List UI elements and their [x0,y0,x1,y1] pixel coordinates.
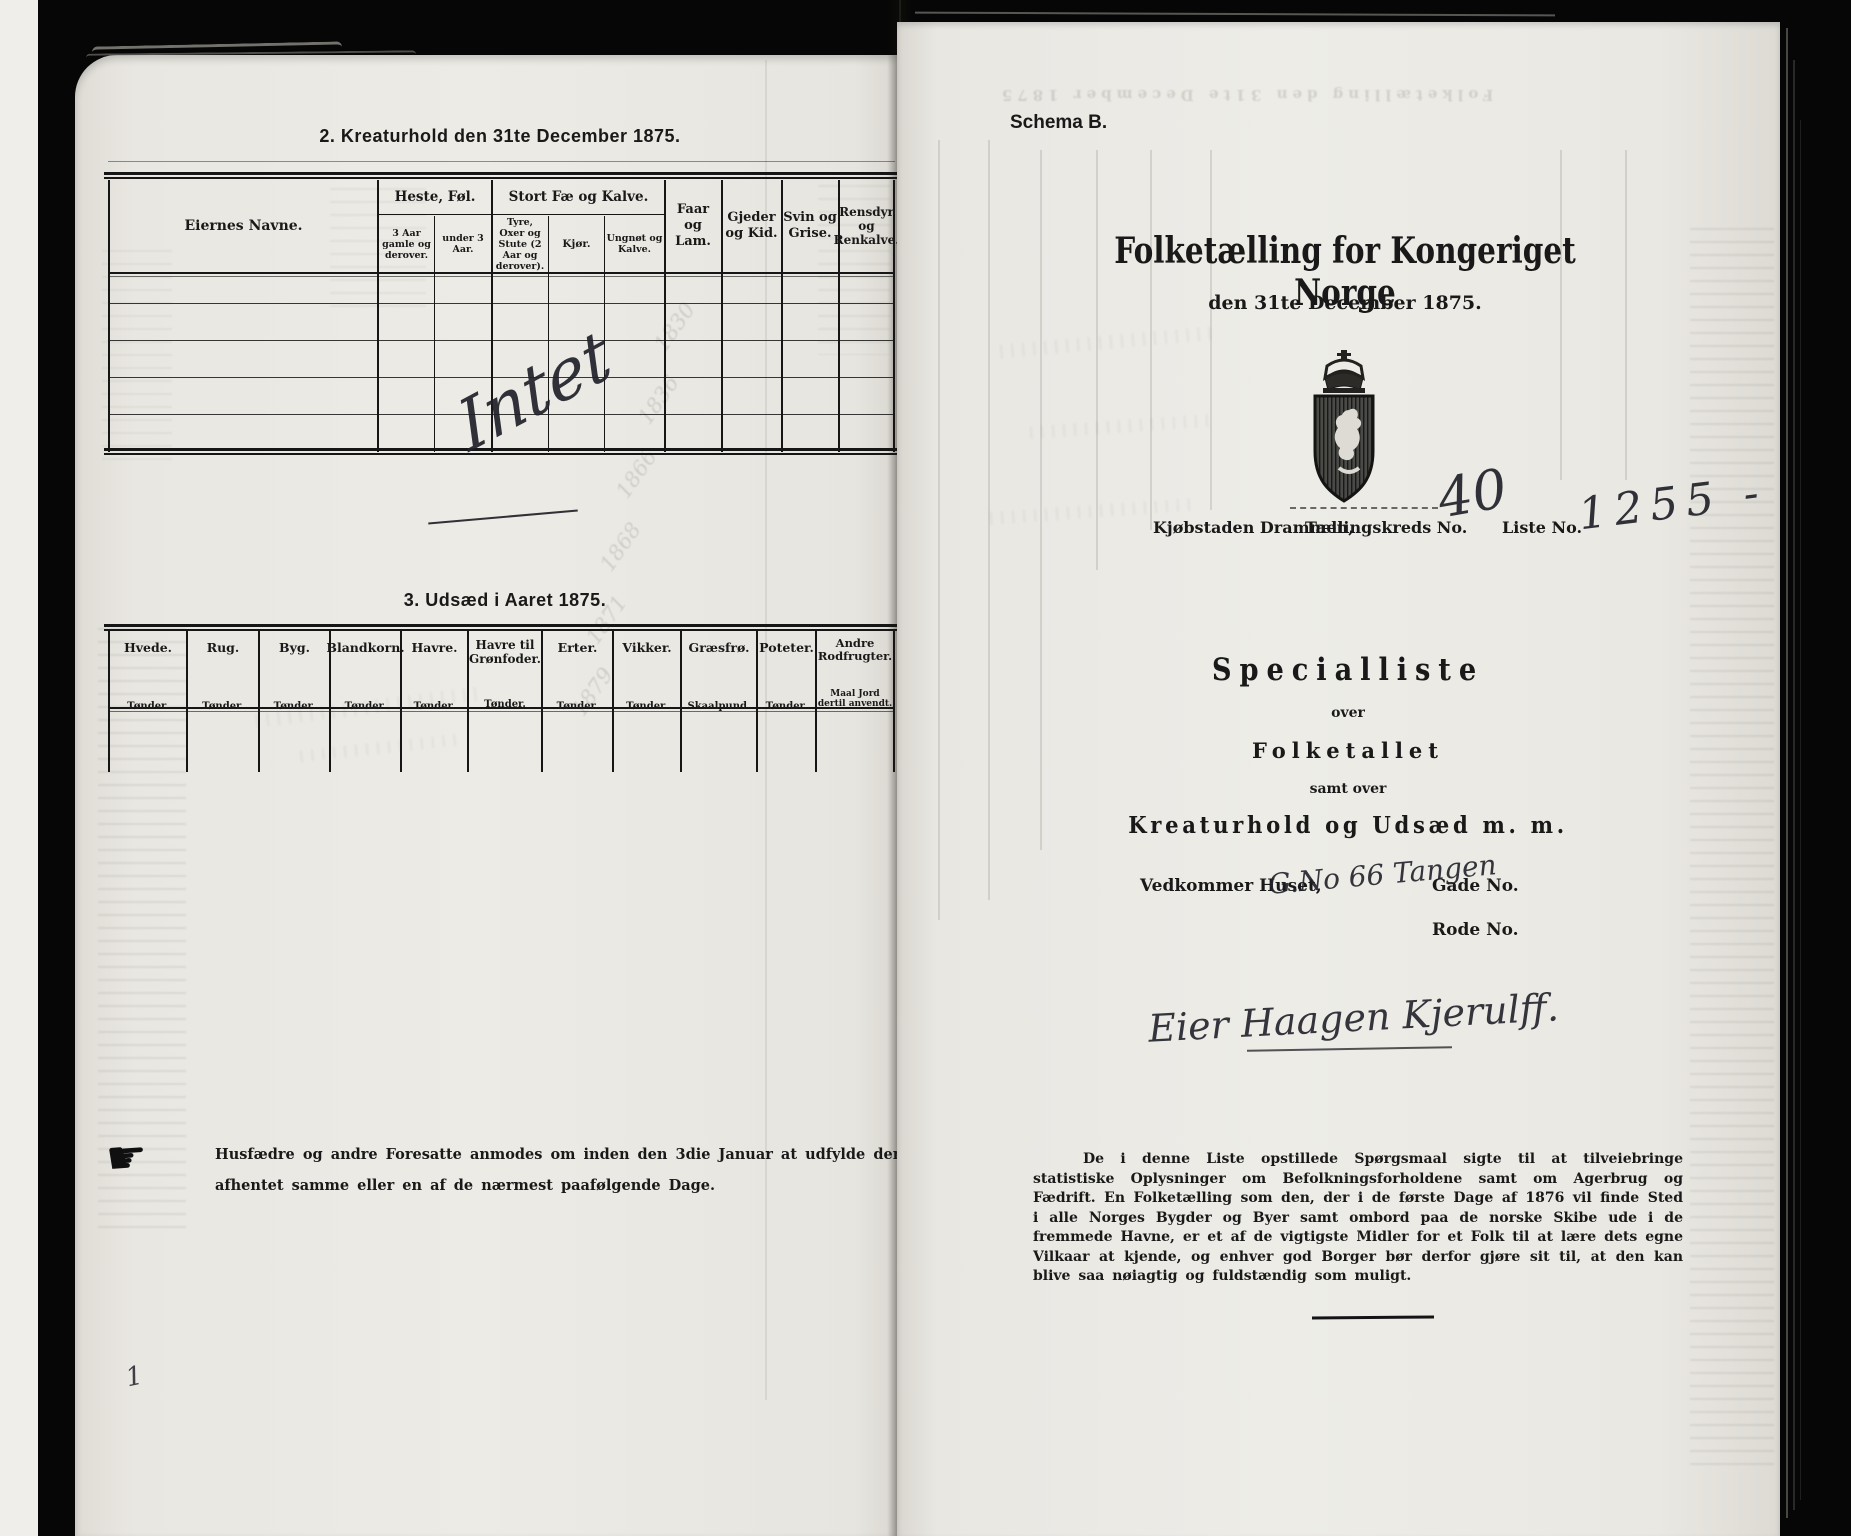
scanner-bed-edge [0,0,38,1536]
col-unit: Tønder. [127,701,169,712]
fore-edge-line [1800,120,1801,1500]
samt-over-label: samt over [1048,781,1648,797]
udsaed-col-havre-groenfoder: Havre til Grønfoder. Tønder. [469,634,541,714]
col-sub-kjoer: Kjør. [550,218,603,270]
col-name: Hvede. [124,640,172,655]
col-unit: Tønder. [414,701,456,712]
scanned-census-book: 1830 1836 1866 1868 1871 1879 2. Kreatur… [0,0,1851,1536]
col-header-eiernes-navne: Eiernes Navne. [110,180,377,272]
col-unit: Maal Jord dertil anvendt. [817,689,893,709]
coat-of-arms [1303,348,1385,510]
udsaed-col-graesfroe: Græsfrø. Skaalpund. [682,634,756,718]
table-col-line [434,216,435,452]
col-sub-tyre-oxer: Tyre, Oxer og Stute (2 Aar og derover). [493,218,547,270]
udsaed-col-vikker: Vikker. Tønder. [614,634,680,718]
col-name: Vikker. [622,640,671,655]
schema-label: Schema B. [1010,112,1107,134]
manicule-icon: ☛ [104,1129,149,1186]
col-group-heste: Heste, Føl. [379,182,491,212]
col-header-svin-grise: Svin og Grise. [783,180,837,272]
udsaed-col-hvede: Hvede. Tønder. [110,634,186,718]
kreaturhold-title: 2. Kreaturhold den 31te December 1875. [290,126,710,147]
fore-edge-line [1786,28,1788,1518]
over-label: over [1048,705,1648,721]
col-name: Andre Rodfrugter. [817,637,893,663]
table-rule [104,629,897,631]
col-name: Byg. [279,640,310,655]
fore-edge-line [1793,60,1795,1510]
explanatory-paragraph: De i denne Liste opstillede Spørgsmaal s… [1033,1150,1683,1287]
bleedthrough-margin-column [102,250,172,460]
table-rule [108,161,895,162]
table-rule [108,276,895,277]
col-unit: Tønder. [484,699,526,710]
gade-label: Gade No. [1432,876,1519,896]
col-unit: Tønder. [557,701,599,712]
udsaed-col-erter: Erter. Tønder. [543,634,612,718]
col-unit: Tønder. [766,701,808,712]
table-rule-heavy [104,177,897,179]
col-name: Havre. [411,640,457,655]
col-sub-heste-under3: under 3 Aar. [436,218,490,270]
col-name: Havre til Grønfoder. [469,638,541,666]
subtitle: den 31te December 1875. [1035,292,1655,314]
table-rule [108,272,895,274]
bleedthrough-grid-line [1040,150,1042,850]
handwritten-district-number: 40 [1433,457,1512,531]
left-page [75,55,897,1536]
udsaed-col-rug: Rug. Tønder. [188,634,258,718]
table-rule-heavy [104,624,897,627]
bleedthrough-right-margin [1690,228,1774,1468]
col-group-stort-fae: Stort Fæ og Kalve. [493,182,664,212]
col-name: Græsfrø. [689,640,750,655]
col-header-rensdyr: Rensdyr og Renkalve. [840,180,893,272]
col-name: Poteter. [759,640,814,655]
table-row-line [108,340,895,341]
udsaed-col-havre: Havre. Tønder. [402,634,467,718]
bleedthrough-grid-line [938,140,940,920]
col-name: Erter. [558,640,598,655]
col-header-gjeder-kid: Gjeder og Kid. [723,180,780,272]
kreaturhold-udsaed-label: Kreaturhold og Udsæd m. m. [1072,812,1624,839]
col-name: Blandkorn. [326,640,404,655]
page-edge-line [915,12,1555,22]
handwriting-baseline [1290,507,1438,509]
col-unit: Tønder. [626,701,668,712]
table-col-line [604,216,605,452]
col-unit: Skaalpund. [688,701,751,712]
table-row-line [108,303,895,304]
udsaed-title: 3. Udsæd i Aaret 1875. [330,590,680,611]
col-header-faar-lam: Faar og Lam. [666,180,720,272]
col-sub-heste-3aar: 3 Aar gamle og derover. [379,218,434,270]
bleedthrough-header-text: Folketælling den 31te December 1875 [955,86,1535,104]
bleedthrough-grid-line [1625,150,1627,480]
col-sub-ungnoet: Ungnøt og Kalve. [606,218,663,270]
col-unit: Tønder. [202,701,244,712]
col-unit: Tønder. [274,701,316,712]
footnote-line2: afhentet samme eller en af de nærmest pa… [215,1177,715,1194]
udsaed-col-byg: Byg. Tønder. [260,634,329,718]
folketallet-label: Folketallet [1048,738,1648,763]
rode-label: Rode No. [1432,920,1519,940]
table-rule-heavy [104,172,897,175]
bleedthrough-grid-line [1560,150,1562,480]
specialliste-title: Specialliste [1084,652,1612,688]
table-rule [377,214,664,215]
liste-label: Liste No. [1502,518,1582,537]
col-unit: Tønder. [345,701,387,712]
udsaed-col-rodfrugter: Andre Rodfrugter. Maal Jord dertil anven… [817,634,893,712]
col-name: Rug. [207,640,240,655]
udsaed-col-poteter: Poteter. Tønder. [758,634,815,718]
udsaed-col-blandkorn: Blandkorn. Tønder. [331,634,400,718]
